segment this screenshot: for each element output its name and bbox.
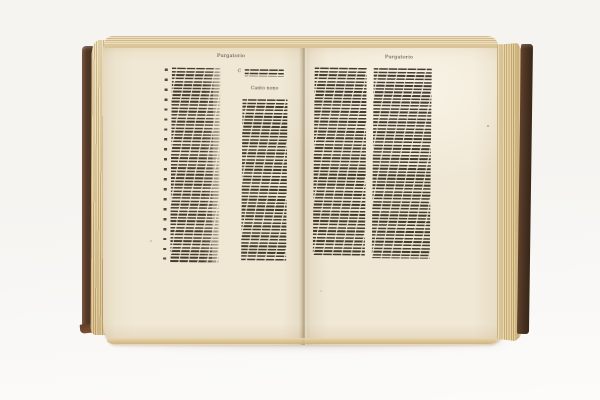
right-page: Purgatorio [100, 41, 505, 346]
commentary-column-1 [313, 67, 367, 257]
book-photograph: Purgatorio C Canto nono Purgatorio [0, 0, 600, 400]
foxing-speck [320, 290, 322, 292]
open-page-spread: Purgatorio C Canto nono Purgatorio [103, 44, 505, 345]
top-page-edges [104, 36, 498, 48]
commentary-column-2 [372, 68, 432, 259]
foxing-speck [487, 125, 489, 127]
bottom-page-edges [107, 338, 497, 344]
foxing-speck [150, 240, 152, 242]
running-header-right: Purgatorio [385, 55, 413, 60]
